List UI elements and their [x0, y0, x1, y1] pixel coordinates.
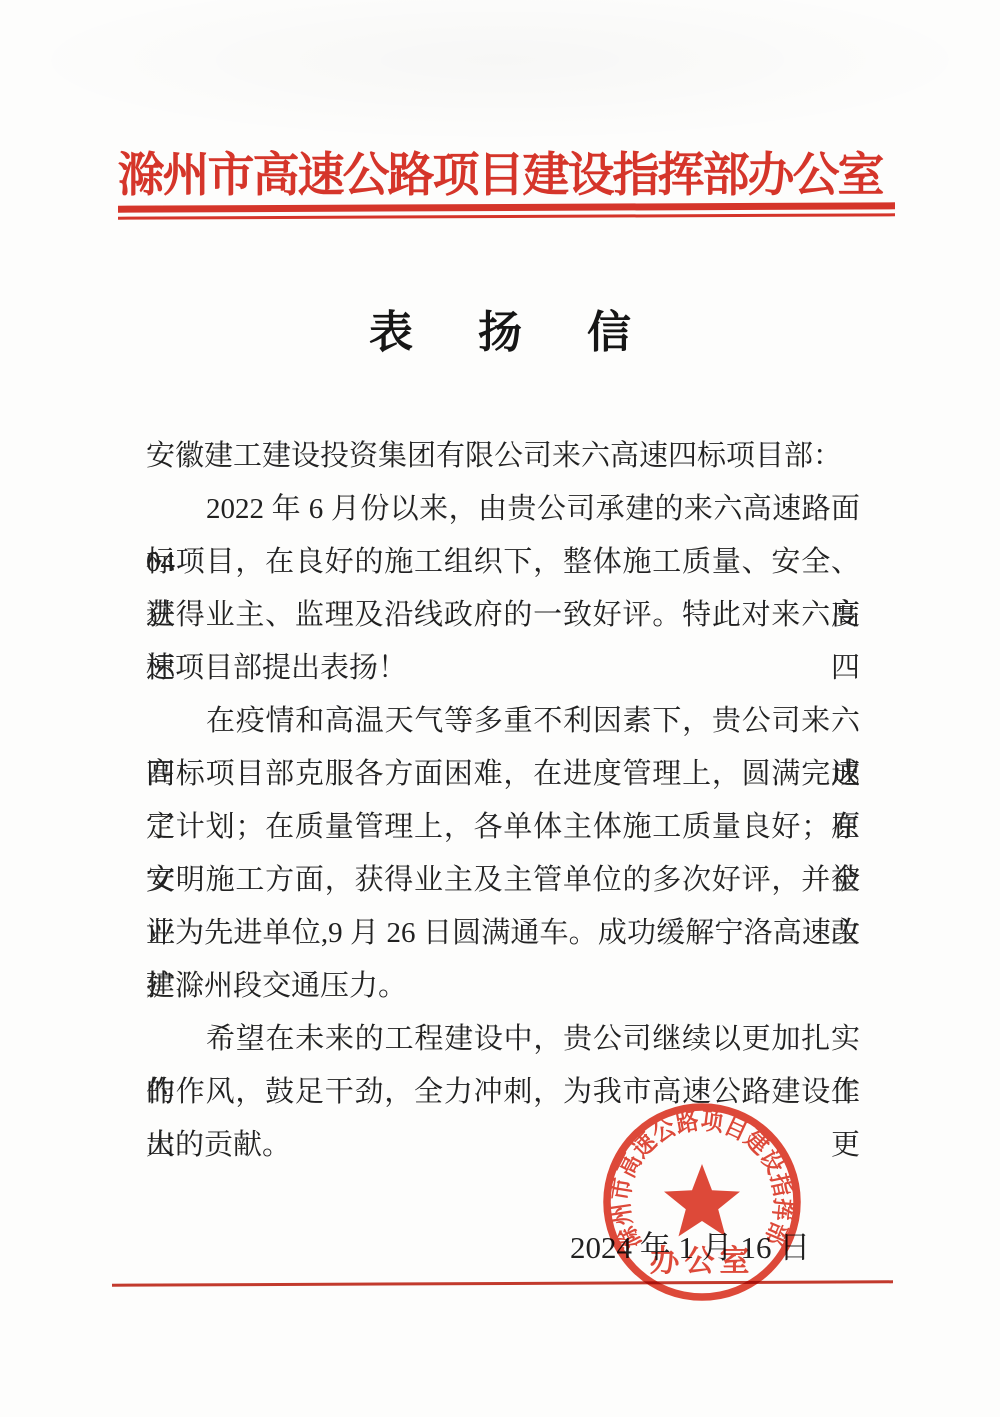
star-icon [664, 1164, 740, 1236]
body-line: 获得业主、监理及沿线政府的一致好评。特此对来六高速四 [146, 589, 860, 642]
body-line: 定计划；在质量管理上，各单体主体施工质量良好；在安全 [146, 801, 860, 854]
body-line: 希望在未来的工程建设中，贵公司继续以更加扎实的工 [146, 1013, 860, 1066]
header-rule-thin [118, 213, 895, 219]
body-line: 2022 年 6 月份以来，由贵公司承建的来六高速路面 04 [146, 483, 860, 536]
body-line: 四标项目部克服各方面困难，在进度管理上，圆满完成了原 [146, 748, 860, 801]
letter-body: 安徽建工建设投资集团有限公司来六高速四标项目部： 2022 年 6 月份以来，由… [146, 430, 860, 1172]
body-line: 建滁州段交通压力。 [146, 960, 860, 1013]
official-seal: 滁州市高速公路项目建设指挥部 办公室 [592, 1092, 812, 1312]
body-line-salutation: 安徽建工建设投资集团有限公司来六高速四标项目部： [146, 430, 860, 483]
org-header-title: 滁州市高速公路项目建设指挥部办公室 [60, 138, 940, 205]
body-line: 文明施工方面，获得业主及主管单位的多次好评，并被业主 [146, 854, 860, 907]
letter-title: 表 扬 信 [0, 296, 1000, 360]
body-line: 在疫情和高温天气等多重不利因素下，贵公司来六高速 [146, 695, 860, 748]
body-line: 标项目，在良好的施工组织下，整体施工质量、安全、进度 [146, 536, 860, 589]
body-line: 评为先进单位,9 月 26 日圆满通车。成功缓解宁洛高速改扩 [146, 907, 860, 960]
scanned-letter-page: 滁州市高速公路项目建设指挥部办公室 表 扬 信 安徽建工建设投资集团有限公司来六… [0, 0, 1000, 1417]
seal-bottom-text: 办公室 [650, 1245, 755, 1278]
